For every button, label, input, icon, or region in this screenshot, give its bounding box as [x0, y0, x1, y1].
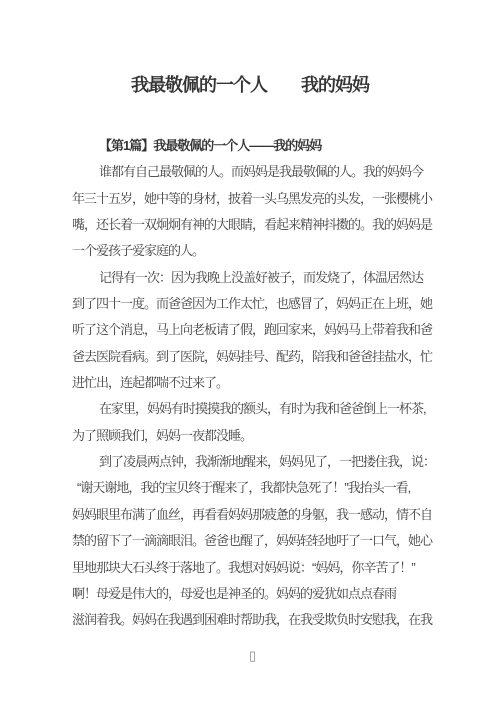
text-line: “谢天谢地，我的宝贝终于醒来了，我都快急死了！”我抬头一看, — [72, 475, 434, 501]
text-line: 啊！母爱是伟大的，母爱也是神圣的。妈妈的爱犹如点点春雨 — [72, 581, 434, 607]
text-line: 嘴，还长着一双炯炯有神的大眼睛，看起来精神抖擞的。我的妈妈是 — [72, 212, 434, 238]
essay-body: 【第1篇】我最敬佩的一个人——我的妈妈谁都有自己最敬佩的人。而妈妈是我最敬佩的人… — [72, 133, 434, 634]
text-line: 里地那块大石头终于落地了。我想对妈妈说：“妈妈，你辛苦了！” — [72, 555, 434, 581]
document-page: 我最敬佩的一个人 我的妈妈 【第1篇】我最敬佩的一个人——我的妈妈谁都有自己最敬… — [0, 0, 500, 708]
section-heading: 【第1篇】我最敬佩的一个人——我的妈妈 — [72, 133, 434, 159]
unknown-glyph-icon: ▯ — [249, 648, 256, 663]
text-line: 爸去医院看病。到了医院，妈妈挂号、配药，陪我和爸爸挂盐水，忙 — [72, 344, 434, 370]
text-line: 在家里，妈妈有时摸摸我的额头，有时为我和爸爸倒上一杯茶, — [72, 396, 434, 422]
text-line: 一个爱孩子爱家庭的人。 — [72, 238, 434, 264]
text-line: 滋润着我。妈妈在我遇到困难时帮助我，在我受欺负时安慰我，在我 — [72, 607, 434, 633]
text-line: 妈妈眼里布满了血丝，再看看妈妈那疲惫的身躯，我一感动，情不自 — [72, 502, 434, 528]
text-line: 听了这个消息，马上向老板请了假，跑回家来，妈妈马上带着我和爸 — [72, 317, 434, 343]
text-line: 记得有一次：因为我晚上没盖好被子，而发烧了，体温居然达 — [72, 265, 434, 291]
text-line: 到了凌晨两点钟，我渐渐地醒来，妈妈见了，一把搂住我，说： — [72, 449, 434, 475]
text-line: 年三十五岁，她中等的身材，披着一头乌黑发亮的头发，一张樱桃小 — [72, 186, 434, 212]
essay-title: 我最敬佩的一个人 我的妈妈 — [0, 72, 500, 98]
text-line: 谁都有自己最敬佩的人。而妈妈是我最敬佩的人。我的妈妈今 — [72, 159, 434, 185]
text-line: 禁的留下了一滴滴眼泪。爸爸也醒了，妈妈轻轻地吁了一口气，她心 — [72, 528, 434, 554]
text-line: 为了照顾我们，妈妈一夜都没睡。 — [72, 423, 434, 449]
text-line: 进忙出，连起都喘不过来了。 — [72, 370, 434, 396]
text-line: 到了四十一度。而爸爸因为工作太忙，也感冒了，妈妈正在上班，她 — [72, 291, 434, 317]
